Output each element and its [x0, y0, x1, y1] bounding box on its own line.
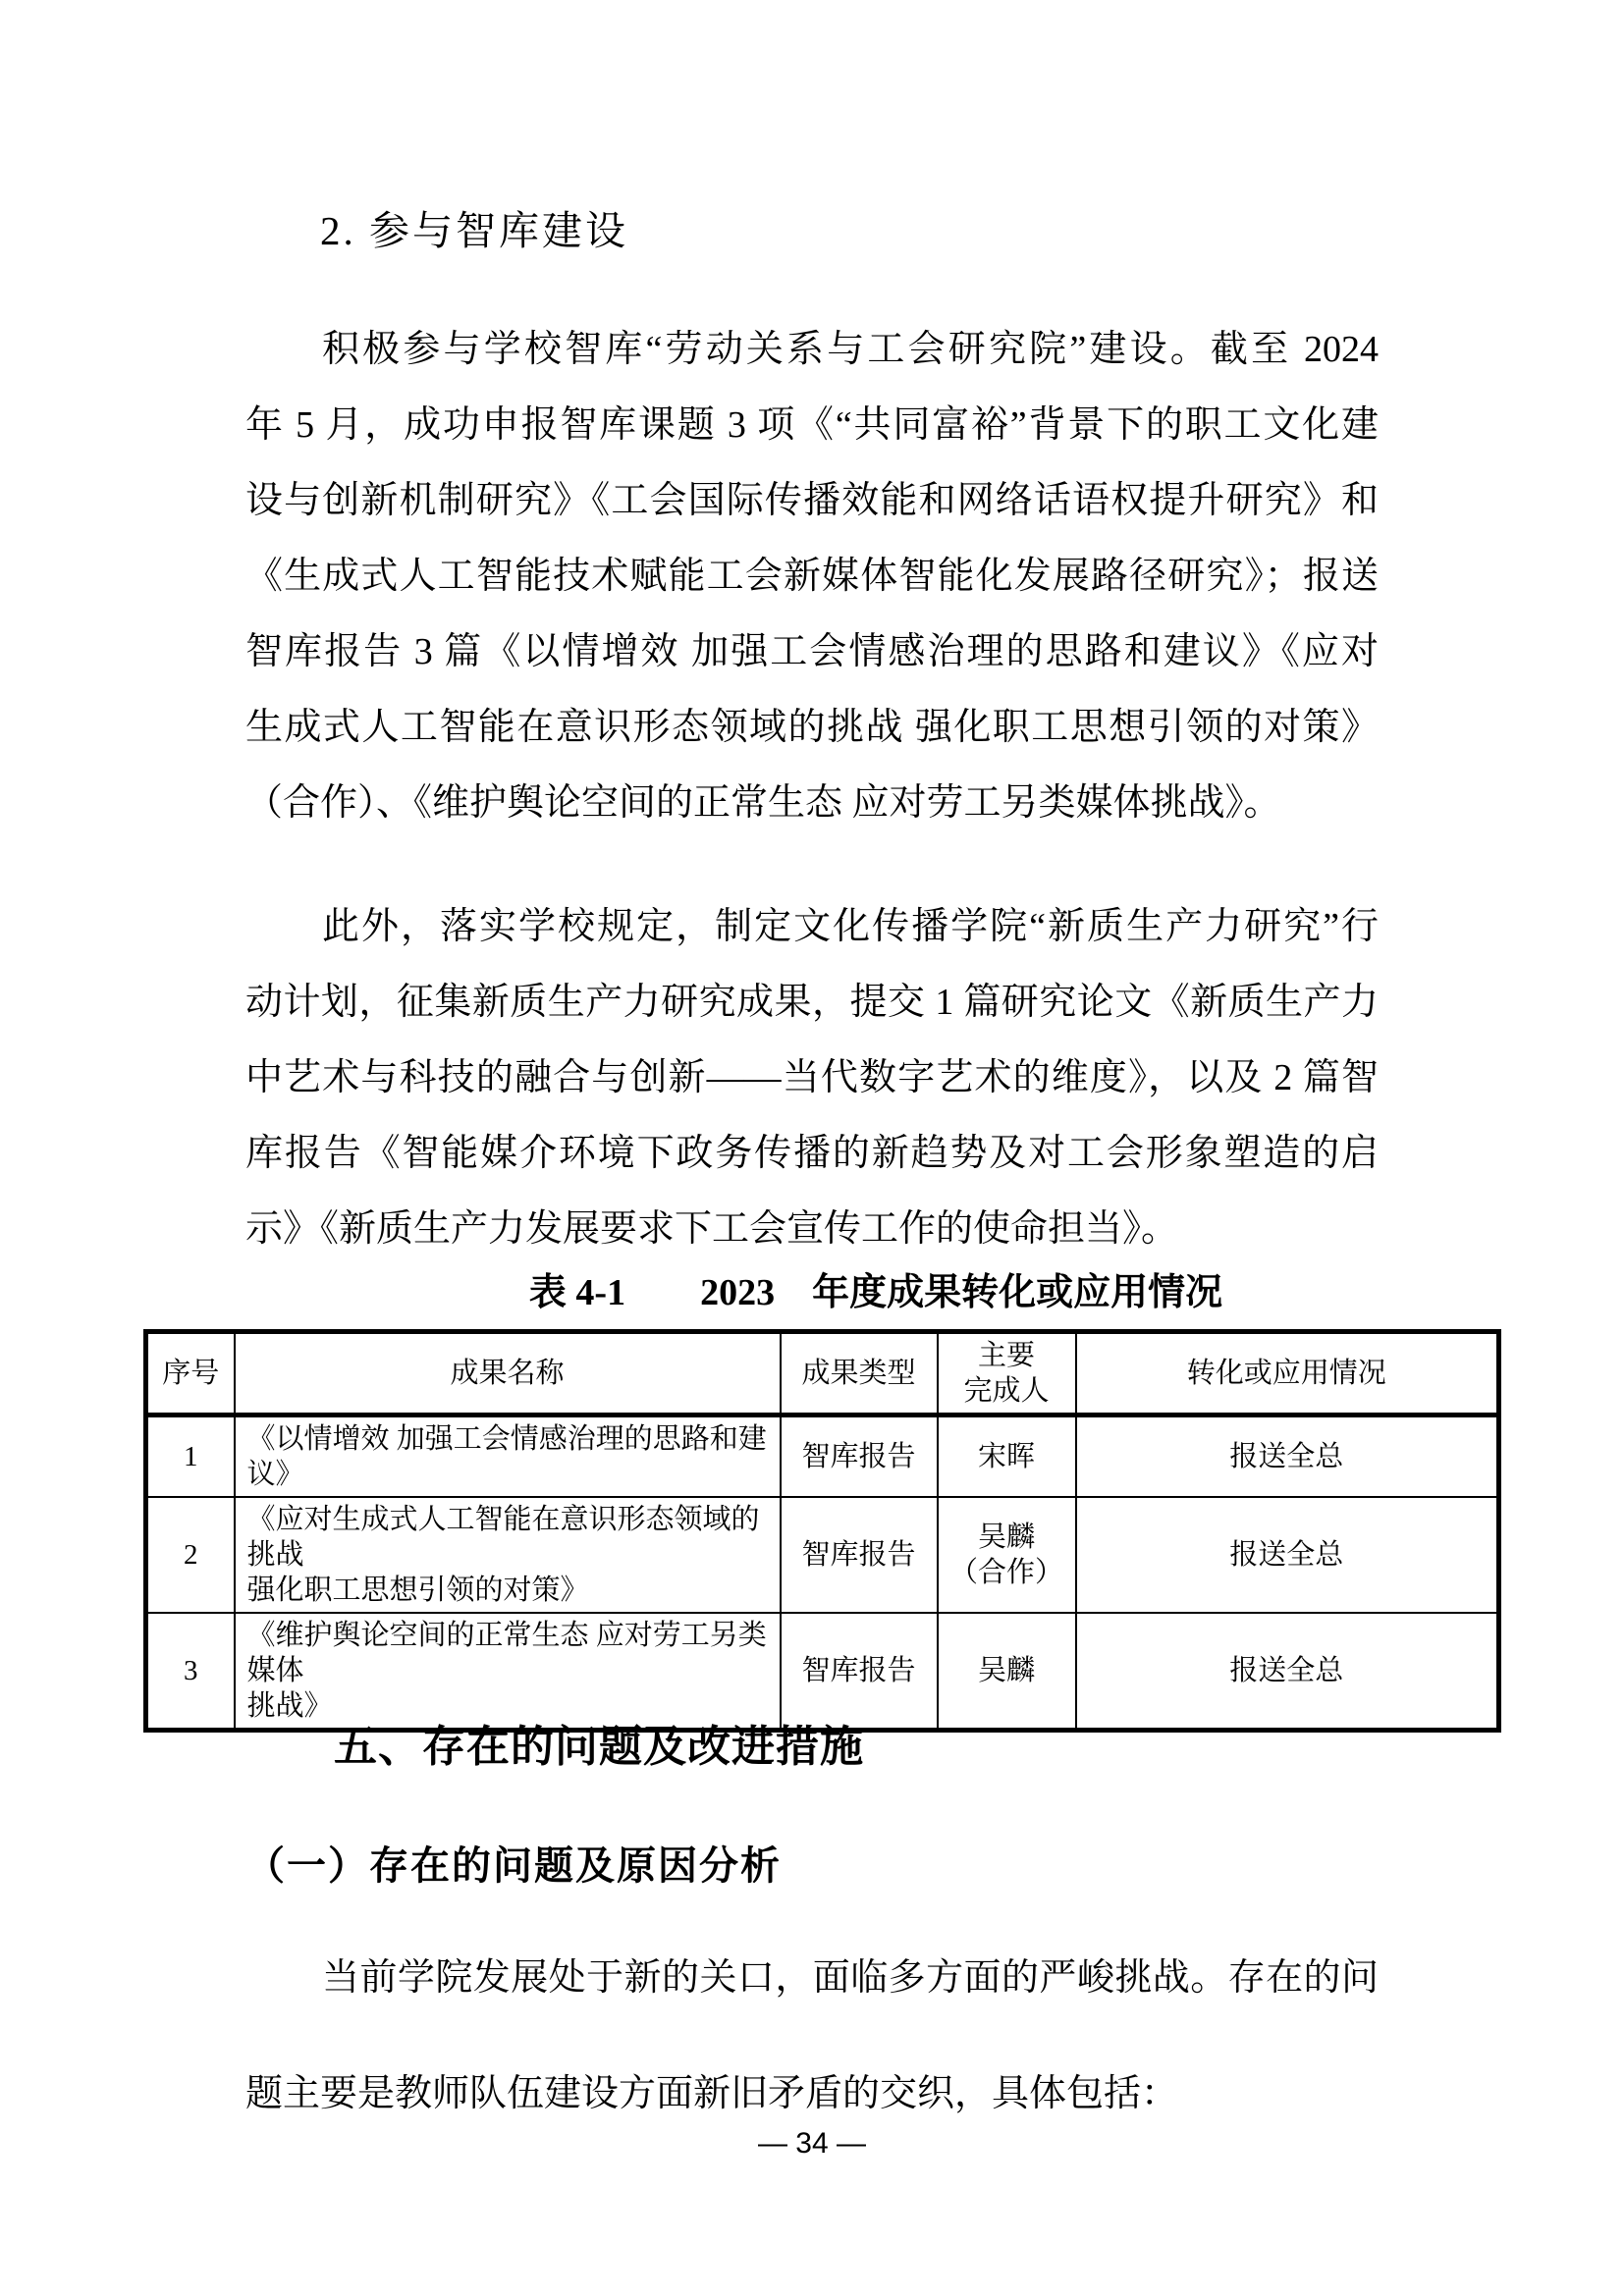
heading-problems-cause-analysis: （一）存在的问题及原因分析 — [245, 1842, 782, 1891]
text-line: （合作）、《维护舆论空间的正常生态 应对劳工另类媒体挑战》。 — [245, 766, 1379, 841]
text-line: 《生成式人工智能技术赋能工会新媒体智能化发展路径研究》；报送 — [245, 539, 1379, 614]
heading-thinktank-construction: 2. 参与智库建设 — [320, 206, 628, 255]
cell-name: 《以情增效 加强工会情感治理的思路和建议》 — [235, 1415, 781, 1498]
results-table: 序号 成果名称 成果类型 主要 完成人 转化或应用情况 1 《以情增效 加强工会… — [143, 1329, 1501, 1733]
text-line: 库报告《智能媒介环境下政务传播的新趋势及对工会形象塑造的启 — [245, 1116, 1379, 1192]
table-row: 1 《以情增效 加强工会情感治理的思路和建议》 智库报告 宋晖 报送全总 — [146, 1415, 1499, 1498]
table-header-row: 序号 成果名称 成果类型 主要 完成人 转化或应用情况 — [146, 1332, 1499, 1415]
cell-type: 智库报告 — [781, 1415, 938, 1498]
text-line: 动计划，征集新质生产力研究成果，提交 1 篇研究论文《新质生产力 — [245, 965, 1379, 1041]
header-author-line: 完成人 — [945, 1373, 1069, 1409]
paragraph-thinktank: 积极参与学校智库“劳动关系与工会研究院”建设。截至 2024 年 5 月，成功申… — [245, 312, 1379, 841]
cell-name: 《维护舆论空间的正常生态 应对劳工另类媒体 挑战》 — [235, 1613, 781, 1731]
text-line: 生成式人工智能在意识形态领域的挑战 强化职工思想引领的对策》 — [245, 690, 1379, 766]
cell-name-line: 《以情增效 加强工会情感治理的思路和建议》 — [247, 1421, 774, 1492]
cell-name: 《应对生成式人工智能在意识形态领域的挑战 强化职工思想引领的对策》 — [235, 1497, 781, 1613]
page-number: — 34 — — [0, 2124, 1624, 2163]
cell-no: 3 — [146, 1613, 235, 1731]
header-cell-no: 序号 — [146, 1332, 235, 1415]
text-line: 设与创新机制研究》《工会国际传播效能和网络话语权提升研究》和 — [245, 463, 1379, 539]
document-page: 2. 参与智库建设 积极参与学校智库“劳动关系与工会研究院”建设。截至 2024… — [0, 0, 1624, 2296]
cell-status: 报送全总 — [1076, 1415, 1499, 1498]
cell-author: 吴麟 （合作） — [938, 1497, 1076, 1613]
table-caption: 表 4-1 2023 年度成果转化或应用情况 — [309, 1270, 1442, 1315]
cell-author-line: （合作） — [945, 1555, 1069, 1590]
text-line: 积极参与学校智库“劳动关系与工会研究院”建设。截至 2024 — [245, 312, 1379, 388]
text-line: 年 5 月，成功申报智库课题 3 项《“共同富裕”背景下的职工文化建 — [245, 388, 1379, 463]
paragraph-current-challenges: 当前学院发展处于新的关口，面临多方面的严峻挑战。存在的问 题主要是教师队伍建设方… — [245, 1920, 1379, 2152]
text-line: 此外，落实学校规定，制定文化传播学院“新质生产力研究”行 — [245, 889, 1379, 965]
text-line: 中艺术与科技的融合与创新——当代数字艺术的维度》，以及 2 篇智 — [245, 1041, 1379, 1116]
cell-author: 宋晖 — [938, 1415, 1076, 1498]
header-cell-type: 成果类型 — [781, 1332, 938, 1415]
cell-author: 吴麟 — [938, 1613, 1076, 1731]
header-cell-status: 转化或应用情况 — [1076, 1332, 1499, 1415]
table-row: 3 《维护舆论空间的正常生态 应对劳工另类媒体 挑战》 智库报告 吴麟 报送全总 — [146, 1613, 1499, 1731]
header-cell-author: 主要 完成人 — [938, 1332, 1076, 1415]
cell-status: 报送全总 — [1076, 1497, 1499, 1613]
table-row: 2 《应对生成式人工智能在意识形态领域的挑战 强化职工思想引领的对策》 智库报告… — [146, 1497, 1499, 1613]
cell-author-line: 宋晖 — [945, 1439, 1069, 1474]
cell-name-line: 《维护舆论空间的正常生态 应对劳工另类媒体 — [247, 1618, 774, 1688]
cell-name-line: 《应对生成式人工智能在意识形态领域的挑战 — [247, 1502, 774, 1573]
header-cell-name: 成果名称 — [235, 1332, 781, 1415]
text-line: 示》《新质生产力发展要求下工会宣传工作的使命担当》。 — [245, 1192, 1379, 1267]
paragraph-new-productivity: 此外，落实学校规定，制定文化传播学院“新质生产力研究”行 动计划，征集新质生产力… — [245, 889, 1379, 1267]
cell-author-line: 吴麟 — [945, 1520, 1069, 1555]
cell-name-line: 挑战》 — [247, 1688, 774, 1724]
cell-type: 智库报告 — [781, 1613, 938, 1731]
text-line: 智库报告 3 篇《以情增效 加强工会情感治理的思路和建议》《应对 — [245, 614, 1379, 690]
cell-no: 2 — [146, 1497, 235, 1613]
cell-type: 智库报告 — [781, 1497, 938, 1613]
cell-no: 1 — [146, 1415, 235, 1498]
heading-problems-and-improvements: 五、存在的问题及改进措施 — [334, 1720, 864, 1775]
cell-author-line: 吴麟 — [945, 1653, 1069, 1688]
cell-status: 报送全总 — [1076, 1613, 1499, 1731]
header-author-line: 主要 — [945, 1338, 1069, 1373]
cell-name-line: 强化职工思想引领的对策》 — [247, 1573, 774, 1608]
text-line: 当前学院发展处于新的关口，面临多方面的严峻挑战。存在的问 — [245, 1920, 1379, 2036]
